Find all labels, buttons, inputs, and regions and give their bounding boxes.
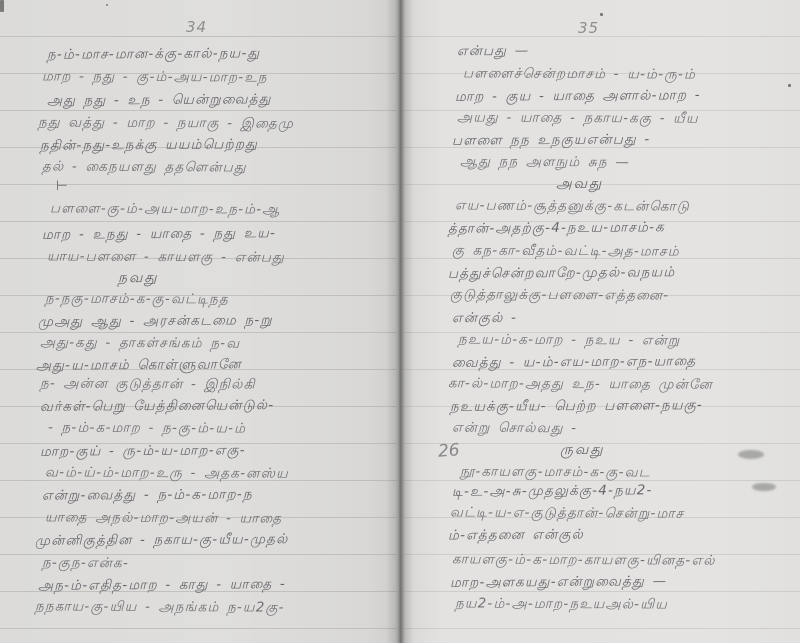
handwritten-line: யாய-பளளை - காயளகு - என்பது [47, 248, 285, 267]
scan-speck [788, 84, 791, 87]
handwritten-line: கு கந-கா-வீதம்-வட்டி-அத-மாசம் [452, 242, 680, 261]
section-heading: ருவது [560, 442, 605, 460]
handwritten-line: நது வத்து - மாற - நயாகு - இதைமு [38, 114, 294, 133]
handwritten-line: - ந-ம்-க-மாற - ந-கு-ம்-ய-ம் [48, 419, 246, 438]
pencil-smudge [752, 483, 776, 491]
handwritten-line: பத்துச்சென்றவாறே-முதல்-வநயம் [448, 264, 676, 284]
handwritten-line: மாற-குய் - ரு-ம்-ய-மாற-எகு- [40, 442, 246, 461]
handwritten-line: டி-உ-அ-சு-முதலுக்கு-4-நய2- [452, 482, 653, 501]
margin-number: 26 [437, 440, 460, 461]
section-heading: அவது [556, 176, 603, 194]
handwritten-line: நதின்-நது-உநக்கு யயம்பெற்றது [40, 136, 258, 156]
handwritten-line: மாற - நது - கு-ம்-அய-மாற-உந [42, 68, 268, 87]
handwritten-line: நநகாய-கு-யிய - அநங்கம் ந-ய2கு- [35, 598, 285, 617]
handwritten-line: வ-ம்-ய்-ம்-மாற-உரு - அதக-னஸ்ய [45, 464, 289, 483]
pencil-smudge [738, 450, 764, 459]
page-number-left: 34 [186, 18, 207, 36]
handwritten-line: வைத்து - ய-ம்-எய-மாற-எந-யாதை [452, 353, 696, 373]
handwritten-line: யாதை அநல்-மாற-அயன் - யாதை [45, 509, 282, 528]
scan-speck [600, 13, 603, 16]
scan-speck [0, 0, 4, 12]
handwritten-line: என்று-வைத்து - ந-ம்-க-மாற-ந [42, 486, 253, 505]
handwritten-line: அயது - யாதை - நகாய-ககு - யீய [457, 109, 699, 128]
handwritten-line: முஅது ஆது - அரசன்கடமை ந-று [38, 312, 273, 332]
scan-speck [106, 4, 108, 6]
handwritten-line: ந-குந-என்க- [42, 555, 129, 573]
handwritten-line: என்பது — [457, 43, 529, 62]
binding-gutter-shadow [386, 0, 414, 643]
handwritten-line: பளளைச்சென்றமாசம் - ய-ம்-ரு-ம் [463, 65, 696, 84]
handwritten-line: காயளகு-ம்-க-மாற-காயளகு-யினத-எல் [452, 551, 716, 570]
handwritten-line: குடுத்தாலுக்கு-பளளை-எத்தனை- [450, 286, 669, 305]
handwritten-line: நூ-காயளகு-மாசம்-க-கு-வட [460, 464, 651, 483]
handwritten-line: எய-பணம்-சூத்தனுக்கு-கடன்கொடு [455, 197, 690, 216]
handwritten-line: ஆது நந அளநும் சுந — [460, 154, 630, 173]
handwritten-line: ந- அன்ன குடுத்தான் - இநில்கி [40, 375, 256, 394]
scanned-notebook-spread: 34 35 26 ந-ம்-மாச-மான-க்கு-கால்-நய-து மா… [0, 0, 800, 643]
handwritten-line: நஉயக்கு-யீய- பெற்ற பளளை-நயகு- [450, 397, 703, 417]
page-number-right: 35 [578, 19, 599, 37]
handwritten-line: கா-ல்-மாற-அதது உந- யாதை முன்னே [448, 375, 713, 394]
handwritten-line: தல் - கைநயளது ததளென்பது [42, 158, 247, 177]
handwritten-line: அது-ய-மாசம் கொள்ளுவானே [36, 356, 242, 375]
handwritten-line: ந-ம்-மாச-மான-க்கு-கால்-நய-து [47, 45, 261, 64]
handwritten-line: நஉய-ம்-க-மாற - நஉய - என்று [458, 331, 680, 350]
handwritten-line: அது-கது - தாகள்சங்கம் ந-வ [40, 334, 240, 353]
handwritten-line: வர்கள்-பெறு யேத்தினையென்டுல்- [40, 397, 274, 417]
handwritten-line: நய2-ம்-அ-மாற-நஉயஅல்-யிய [455, 595, 668, 614]
handwritten-line: மாற - உநது - யாதை - நது உய- [42, 225, 276, 245]
handwritten-line: மாற - குய - யாதை அளால்-மாற - [455, 87, 701, 107]
handwritten-line: முன்னிகுத்தின - நகாய-கு-யீய-முதல் [35, 531, 289, 551]
section-heading: நவது [118, 270, 159, 288]
handwritten-line: என்று சொல்வது - [452, 420, 577, 439]
handwritten-line: த்தான்-அதற்கு-4-நஉய-மாசம்-க [448, 219, 665, 239]
handwritten-line: ம்-எத்தனை என்குல் [448, 527, 584, 546]
handwritten-line: என்குல் - [452, 310, 517, 328]
handwritten-line: பளளை-கு-ம்-அய-மாற-உந-ம்-ஆ [50, 200, 281, 219]
handwritten-line: மாற-அளகயது-என்றுவைத்து — [450, 573, 667, 593]
handwritten-line: வட்டி-ய-எ-குடுத்தான்-சென்று-மாச [450, 504, 684, 523]
handwritten-line: அது நது - உந - யென்றுவைத்து [47, 91, 272, 111]
handwritten-line: அந-ம்-எதித-மாற - காது - யாதை - [38, 576, 286, 596]
handwritten-line: பளளை நந உநகுயஎன்பது - [452, 131, 651, 150]
indent-mark: ⊢ [56, 178, 69, 194]
handwritten-line: ந-நகு-மாசம்-க-கு-வட்டிநத [45, 291, 229, 310]
